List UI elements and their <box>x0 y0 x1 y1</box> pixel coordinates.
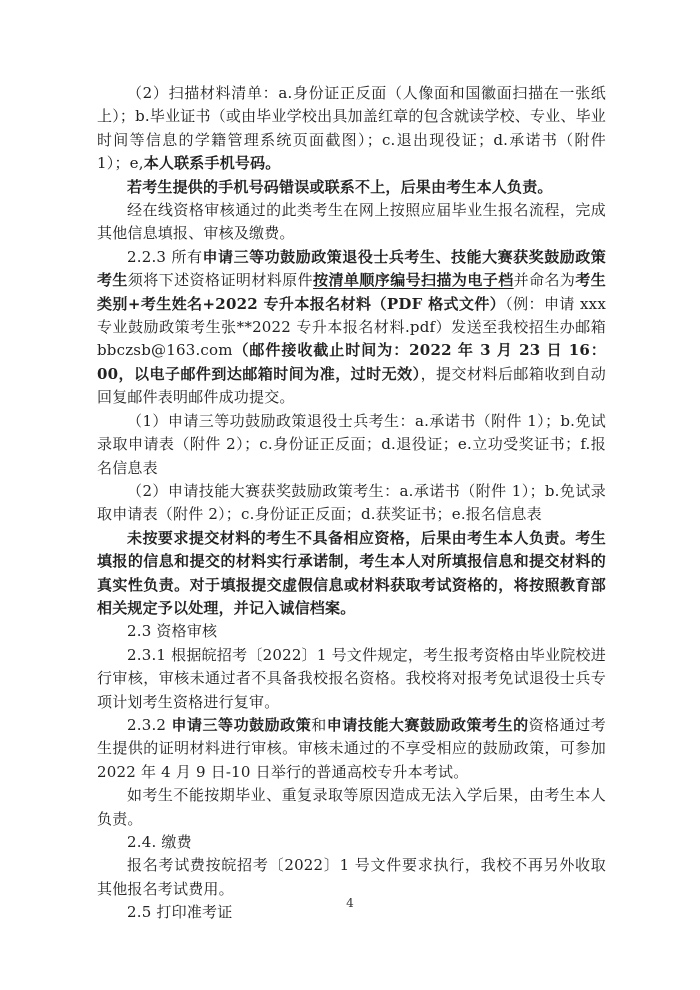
text-run: 须将下述资格证明材料原件 <box>128 271 313 289</box>
text-run: 申请技能大赛鼓励政策考生的 <box>327 716 529 734</box>
paragraph: 2.4. 缴费 <box>97 831 606 854</box>
paragraph: （1）申请三等功鼓励政策退役士兵考生：a.承诺书（附件 1）；b.免试录取申请表… <box>97 410 606 480</box>
paragraph: 2.3 资格审核 <box>97 620 606 643</box>
text-run: 2.3.2 <box>127 716 171 734</box>
text-run: （2）申请技能大赛获奖鼓励政策考生：a.承诺书（附件 1）；b.免试录取申请表（… <box>97 482 606 523</box>
text-run: 并命名为 <box>514 271 576 289</box>
document-page: （2）扫描材料清单：a.身份证正反面（人像面和国徽面扫描在一张纸上）；b.毕业证… <box>0 0 700 990</box>
text-run: 和 <box>311 716 327 734</box>
document-body: （2）扫描材料清单：a.身份证正反面（人像面和国徽面扫描在一张纸上）；b.毕业证… <box>97 82 606 925</box>
text-run: 未按要求提交材料的考生不具备相应资格，后果由考生本人负责。考生填报的信息和提交的… <box>97 529 606 617</box>
text-run: 2.3.1 根据皖招考〔2022〕1 号文件规定，考生报考资格由毕业院校进行审核… <box>97 646 606 711</box>
text-run: 若考生提供的手机号码错误或联系不上，后果由考生本人负责。 <box>127 178 553 196</box>
paragraph: 2.2.3 所有申请三等功鼓励政策退役士兵考生、技能大赛获奖鼓励政策考生须将下述… <box>97 246 606 410</box>
text-run: 如考生不能按期毕业、重复录取等原因造成无法入学后果，由考生本人负责。 <box>97 786 606 827</box>
paragraph: 报名考试费按皖招考〔2022〕1 号文件要求执行，我校不再另外收取其他报名考试费… <box>97 854 606 901</box>
paragraph: 2.3.1 根据皖招考〔2022〕1 号文件规定，考生报考资格由毕业院校进行审核… <box>97 644 606 714</box>
text-run: 2.3 资格审核 <box>127 622 217 640</box>
text-run: 经在线资格审核通过的此类考生在网上按照应届毕业生报名流程，完成其他信息填报、审核… <box>97 201 606 242</box>
paragraph: 若考生提供的手机号码错误或联系不上，后果由考生本人负责。 <box>97 176 606 199</box>
text-run: 申请三等功鼓励政策 <box>171 716 311 734</box>
paragraph: （2）扫描材料清单：a.身份证正反面（人像面和国徽面扫描在一张纸上）；b.毕业证… <box>97 82 606 176</box>
paragraph: 经在线资格审核通过的此类考生在网上按照应届毕业生报名流程，完成其他信息填报、审核… <box>97 199 606 246</box>
text-run: （1）申请三等功鼓励政策退役士兵考生：a.承诺书（附件 1）；b.免试录取申请表… <box>97 412 606 477</box>
underlined-text-run: 按清单顺序编号扫描为电子档 <box>313 271 514 289</box>
paragraph: 未按要求提交材料的考生不具备相应资格，后果由考生本人负责。考生填报的信息和提交的… <box>97 527 606 621</box>
paragraph: （2）申请技能大赛获奖鼓励政策考生：a.承诺书（附件 1）；b.免试录取申请表（… <box>97 480 606 527</box>
text-run: 2.4. 缴费 <box>127 833 192 851</box>
text-run: 本人联系手机号码。 <box>144 154 281 172</box>
paragraph: 2.3.2 申请三等功鼓励政策和申请技能大赛鼓励政策考生的资格通过考生提供的证明… <box>97 714 606 784</box>
text-run: 2.2.3 所有 <box>127 248 203 266</box>
text-run: 报名考试费按皖招考〔2022〕1 号文件要求执行，我校不再另外收取其他报名考试费… <box>97 856 606 897</box>
paragraph: 如考生不能按期毕业、重复录取等原因造成无法入学后果，由考生本人负责。 <box>97 784 606 831</box>
page-number: 4 <box>0 896 700 910</box>
